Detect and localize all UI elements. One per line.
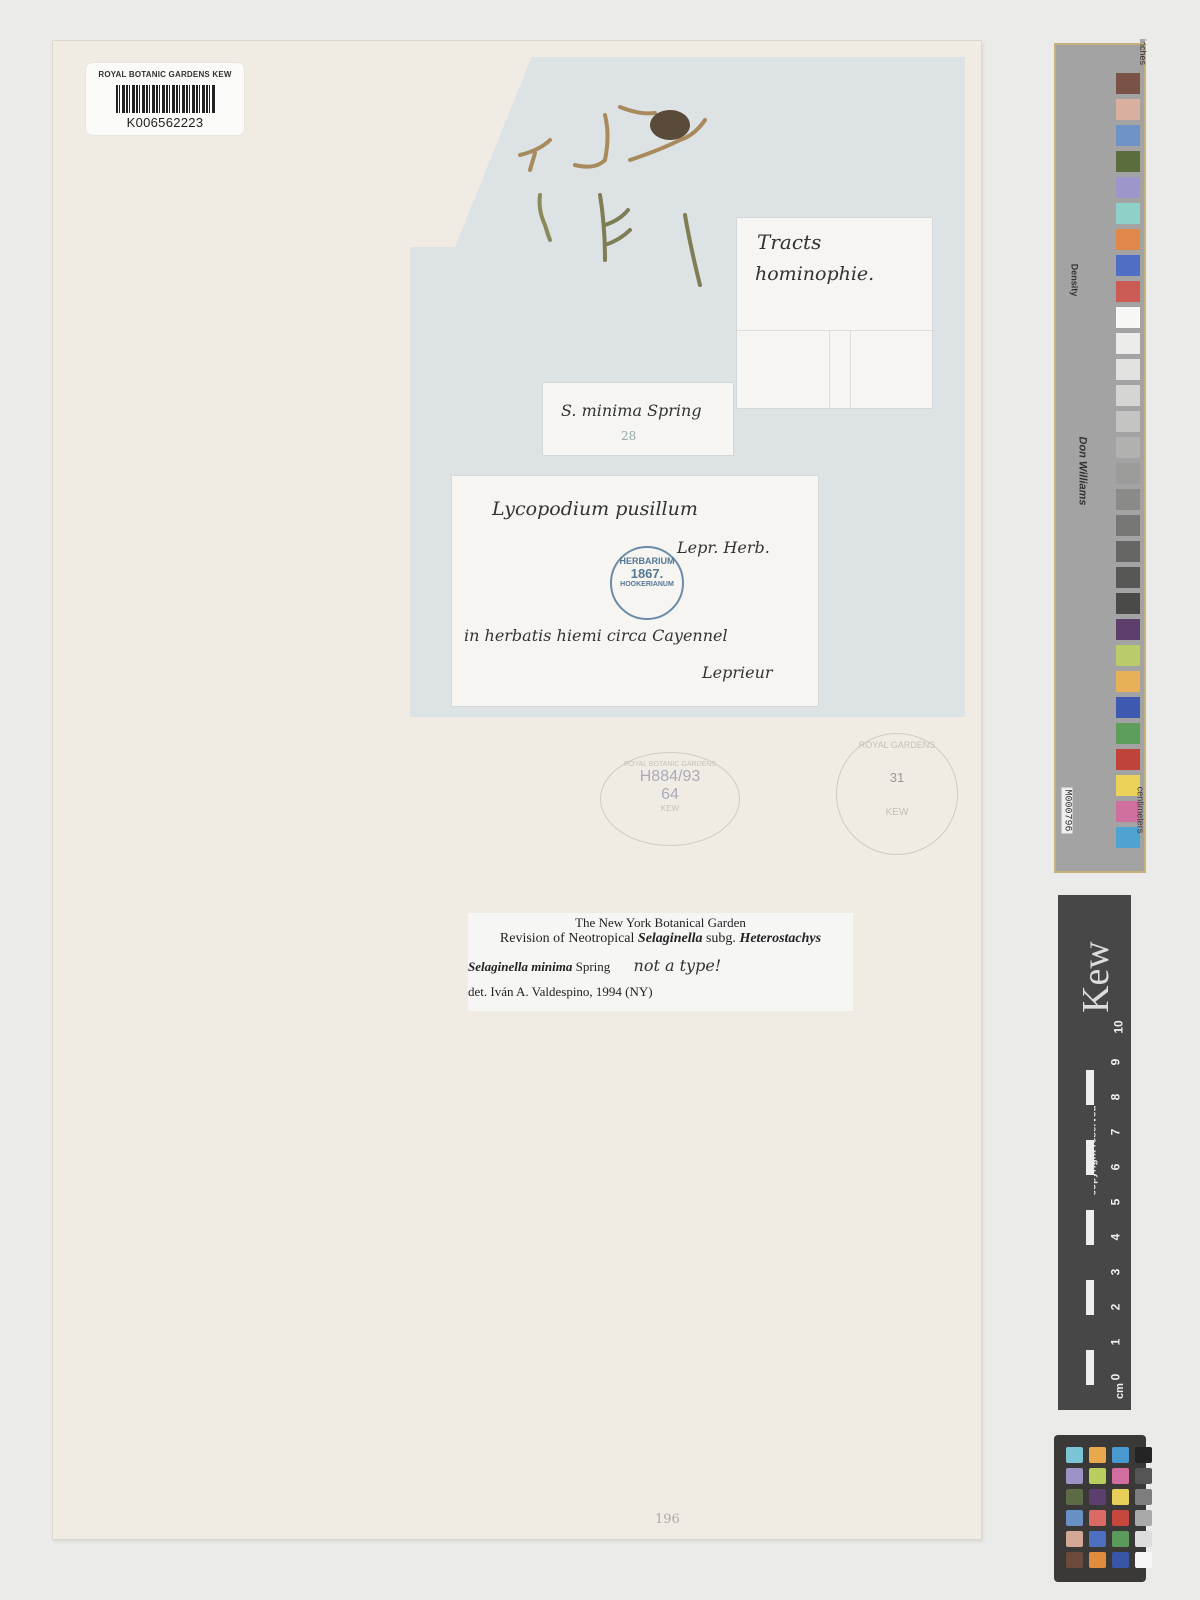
ruler-density-label: Density [1069,264,1079,297]
det-taxon: Selaginella minima [468,959,572,974]
color-patch [1116,671,1140,692]
color-patch [1116,749,1140,770]
det-annotation: not a type! [634,956,722,975]
barcode-label: ROYAL BOTANIC GARDENS KEW K006562223 [86,63,244,135]
scale-segment [1086,1245,1094,1280]
color-patch [1116,255,1140,276]
checker-swatch [1112,1552,1129,1568]
checker-swatch [1135,1489,1152,1505]
oval-stamp-sub: 64 [601,786,739,804]
checker-swatch [1135,1552,1152,1568]
plant-specimen-icon [510,95,750,295]
checker-swatch [1135,1447,1152,1463]
scale-segment [1086,1350,1094,1385]
color-patch [1116,489,1140,510]
packet-fold-v [829,330,851,408]
scale-segment [1086,1035,1094,1070]
color-patch [1116,359,1140,380]
round-stamp-ring: ROYAL GARDENS [837,740,957,750]
checker-swatch [1066,1489,1083,1505]
scale-tick-label: 5 [1108,1199,1122,1206]
color-patch [1116,151,1140,172]
sheet-number: 196 [655,1512,680,1527]
color-patch [1116,229,1140,250]
color-patch [1116,645,1140,666]
herbarium-hookerianum-stamp: HERBARIUM 1867. HOOKERIANUM [610,546,684,620]
scale-segment [1086,1280,1094,1315]
det-determiner: det. Iván A. Valdespino, 1994 (NY) [468,984,853,1000]
color-patch [1116,697,1140,718]
name-label: S. minima Spring 28 [543,383,733,455]
color-patch [1116,515,1140,536]
scale-segment [1086,1105,1094,1140]
color-patch [1116,177,1140,198]
checker-swatch [1112,1447,1129,1463]
color-patch [1116,541,1140,562]
checker-swatch [1089,1552,1106,1568]
checker-swatch [1089,1531,1106,1547]
original-label-line4: Leprieur [702,663,773,682]
color-patch [1116,385,1140,406]
checker-swatch [1066,1552,1083,1568]
color-checker-grid [1066,1447,1152,1568]
color-patch [1116,723,1140,744]
kew-logo: Kew [1074,941,1118,1013]
color-patch [1116,463,1140,484]
checker-swatch [1112,1531,1129,1547]
det-project-subgenus: Heterostachys [739,931,821,946]
scale-tick-label: 1 [1108,1339,1122,1346]
checker-swatch [1089,1510,1106,1526]
color-checker-card [1054,1435,1146,1582]
original-label-line2: Lepr. Herb. [677,538,770,557]
oval-stamp-header: ROYAL BOTANIC GARDENS [601,761,739,768]
checker-swatch [1066,1468,1083,1484]
det-taxon-line: Selaginella minima Spring not a type! [468,956,853,975]
det-author: Spring [572,959,610,974]
checker-swatch [1112,1468,1129,1484]
color-patch [1116,333,1140,354]
barcode-icon [116,85,216,113]
stamp-year: 1867. [612,566,682,581]
color-patch [1116,411,1140,432]
scale-tick-label: 10 [1112,1020,1126,1033]
checker-swatch [1089,1447,1106,1463]
oval-stamp-number: H884/93 [601,768,739,786]
checker-swatch [1135,1531,1152,1547]
scale-tick-label: 9 [1108,1059,1122,1066]
scale-tick-label: 7 [1108,1129,1122,1136]
checker-swatch [1066,1447,1083,1463]
scale-tick-label: 3 [1108,1269,1122,1276]
ruler-units-inches: inches [1138,39,1148,65]
checker-swatch [1135,1468,1152,1484]
determination-label: The New York Botanical Garden Revision o… [468,913,853,1011]
original-label-line3: in herbatis hiemi circa Cayennel [464,626,728,645]
scale-tick-label: 0 [1108,1374,1122,1381]
kew-round-stamp: ROYAL GARDENS 31 KEW [836,733,958,855]
note-line-2: hominophie. [755,263,874,285]
ruler-serial: M000796 [1062,787,1073,833]
color-patch [1116,567,1140,588]
checker-swatch [1112,1510,1129,1526]
scale-segment [1086,1070,1094,1105]
det-institution: The New York Botanical Garden [468,915,853,931]
checker-swatch [1066,1531,1083,1547]
scale-segment [1086,1140,1094,1175]
scale-tick-label: 4 [1108,1234,1122,1241]
color-patch [1116,203,1140,224]
color-patch [1116,125,1140,146]
color-patch [1116,281,1140,302]
note-label: Tracts hominophie. [737,218,932,408]
scale-segment [1086,1175,1094,1210]
kew-scale-bar: Kew copyright reserved cm 012345678910 [1058,895,1131,1410]
round-stamp-footer: KEW [837,807,957,818]
color-calibration-ruler: inches Density Don Williams M000796 cent… [1054,43,1146,873]
barcode-institution: ROYAL BOTANIC GARDENS KEW [86,70,244,79]
det-project-genus: Selaginella [638,931,703,946]
color-patch [1116,619,1140,640]
checker-swatch [1112,1489,1129,1505]
color-patch [1116,593,1140,614]
ruler-brand: Don Williams [1076,437,1088,506]
scale-tick-label: 8 [1108,1094,1122,1101]
scale-tick-label: 6 [1108,1164,1122,1171]
name-label-number: 28 [621,429,636,443]
color-patch [1116,307,1140,328]
checker-swatch [1135,1510,1152,1526]
oval-stamp-footer: KEW [601,804,739,813]
det-project-prefix: Revision of Neotropical [500,931,638,946]
stamp-bottom-text: HOOKERIANUM [612,581,682,588]
scale-segment [1086,1315,1094,1350]
det-project: Revision of Neotropical Selaginella subg… [468,931,853,947]
note-line-1: Tracts [757,230,821,254]
checker-swatch [1089,1489,1106,1505]
color-patch [1116,437,1140,458]
color-patches [1116,73,1140,853]
name-label-text: S. minima Spring [561,401,702,420]
det-project-mid: subg. [702,931,739,946]
barcode-number: K006562223 [86,115,244,130]
checker-swatch [1066,1510,1083,1526]
round-stamp-number: 31 [837,770,957,785]
scale-segment [1086,1210,1094,1245]
ruler-units-cm: centimeters [1136,787,1146,834]
checker-swatch [1089,1468,1106,1484]
scale-tick-label: 2 [1108,1304,1122,1311]
stamp-top-text: HERBARIUM [612,556,682,566]
kew-unit: cm [1114,1383,1126,1399]
kew-oval-stamp: ROYAL BOTANIC GARDENS H884/93 64 KEW [600,752,740,846]
original-label-line1: Lycopodium pusillum [492,498,698,520]
color-patch [1116,73,1140,94]
color-patch [1116,99,1140,120]
